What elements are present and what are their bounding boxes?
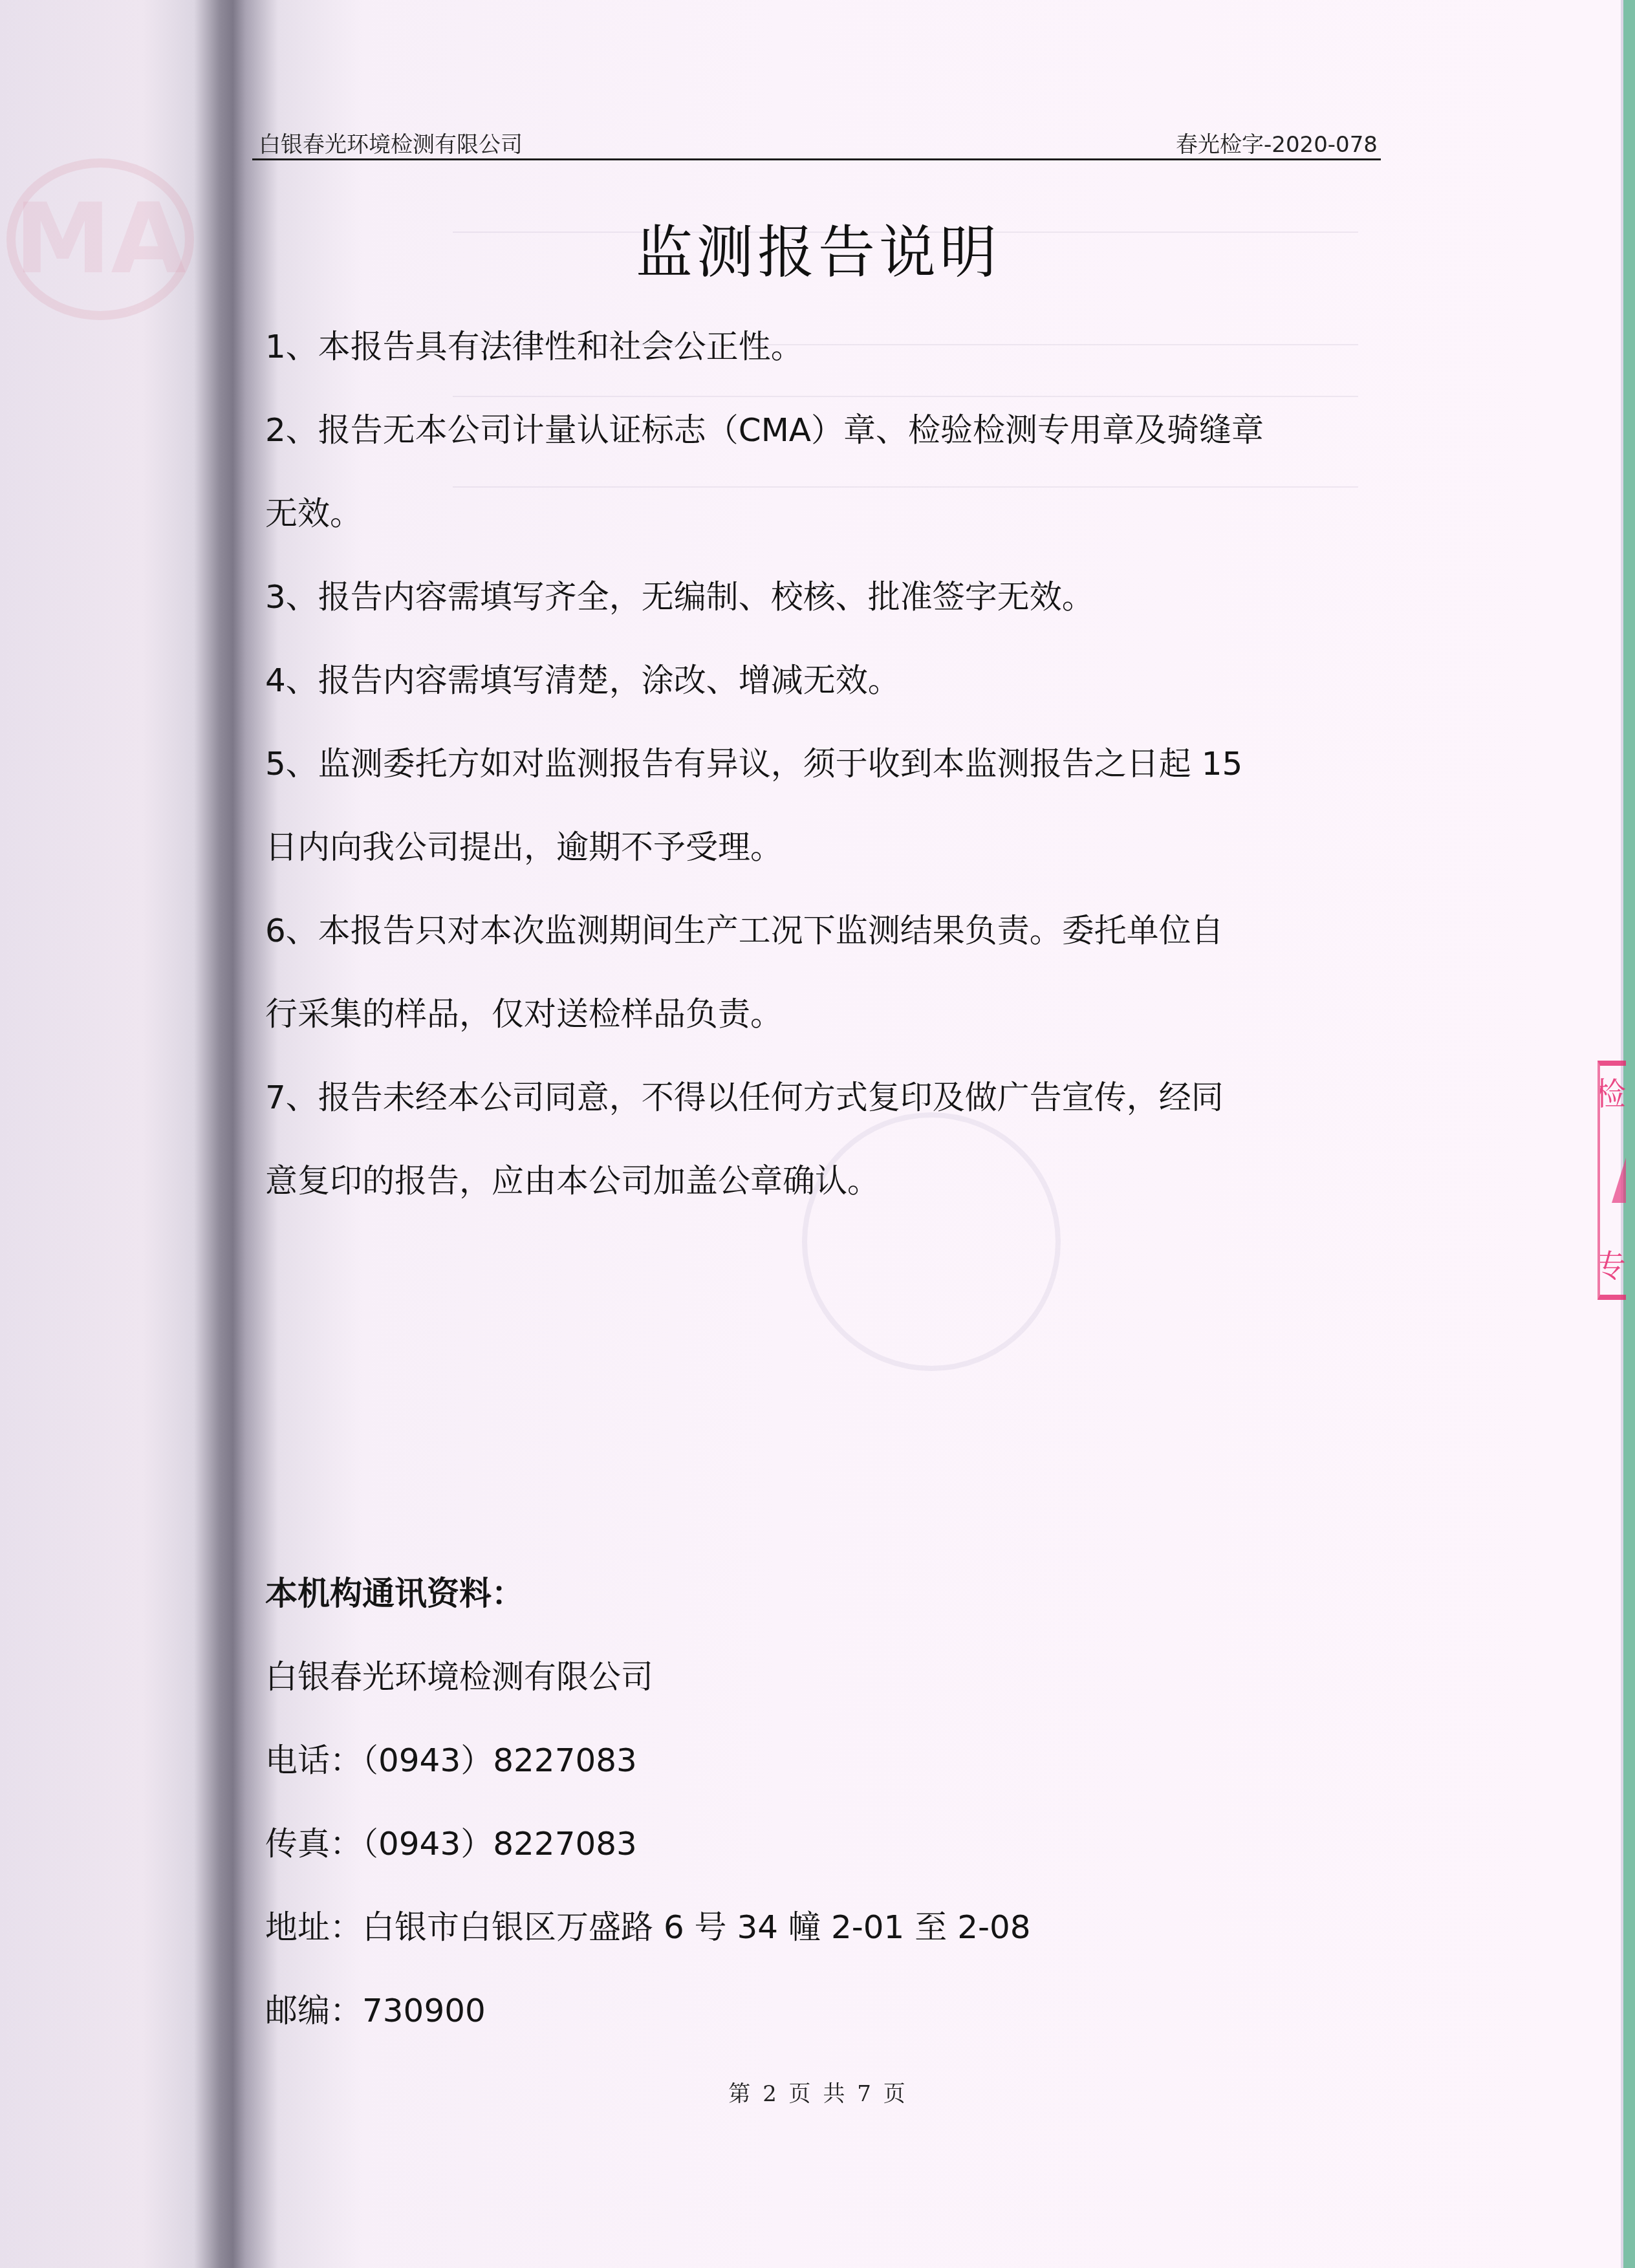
note-item-7-line1: 7、报告未经本公司同意，不得以任何方式复印及做广告宣传，经同 [265,1056,1391,1139]
note-item-2-line1: 2、报告无本公司计量认证标志（CMA）章、检验检测专用章及骑缝章 [265,389,1391,472]
header-company-name: 白银春光环境检测有限公司 [259,127,523,158]
contact-postcode: 邮编：730900 [265,1969,1300,2053]
header-divider [252,158,1381,160]
note-item-5-line2: 日内向我公司提出，逾期不予受理。 [265,806,1391,889]
seam-stamp-char-top: 检 [1597,1079,1626,1110]
note-item-2-line2: 无效。 [265,472,1391,556]
star-icon [1612,1158,1626,1203]
seam-stamp-red: 检 专 [1597,1061,1626,1300]
report-notes: 1、本报告具有法律性和社会公正性。 2、报告无本公司计量认证标志（CMA）章、检… [265,305,1391,1223]
embossed-seal-faint [802,1112,1061,1371]
contact-heading: 本机构通讯资料： [265,1552,1300,1636]
header-report-number: 春光检字-2020-078 [1176,127,1378,158]
contact-phone: 电话：（0943）8227083 [265,1719,1300,1802]
cma-stamp-faint: MA [6,158,194,320]
note-item-6-line2: 行采集的样品，仅对送检样品负责。 [265,973,1391,1056]
page-number: 第 2 页 共 7 页 [259,2076,1378,2108]
contact-fax: 传真：（0943）8227083 [265,1802,1300,1886]
note-item-6-line1: 6、本报告只对本次监测期间生产工况下监测结果负责。委托单位自 [265,889,1391,973]
note-item-4-line1: 4、报告内容需填写清楚，涂改、增减无效。 [265,639,1391,722]
page-header: 白银春光环境检测有限公司 春光检字-2020-078 [259,120,1378,158]
cma-stamp-text: MA [14,183,186,296]
contact-address: 地址：白银市白银区万盛路 6 号 34 幢 2-01 至 2-08 [265,1886,1300,1969]
contact-info: 本机构通讯资料： 白银春光环境检测有限公司 电话：（0943）8227083 传… [265,1552,1300,2053]
note-item-1-line1: 1、本报告具有法律性和社会公正性。 [265,305,1391,389]
page-title: 监测报告说明 [259,207,1378,288]
seam-stamp-char-bottom: 专 [1597,1251,1626,1282]
contact-company: 白银春光环境检测有限公司 [265,1636,1300,1719]
note-item-5-line1: 5、监测委托方如对监测报告有异议，须于收到本监测报告之日起 15 [265,722,1391,806]
note-item-3-line1: 3、报告内容需填写齐全，无编制、校核、批准签字无效。 [265,556,1391,639]
